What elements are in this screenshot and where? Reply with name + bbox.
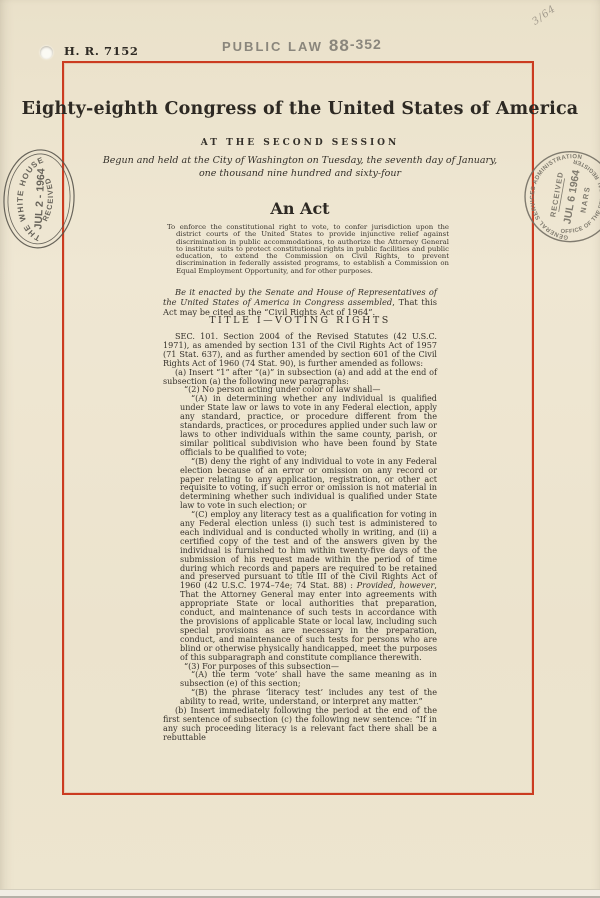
public-law-stamp: PUBLIC LAW88-352 xyxy=(222,36,412,56)
gsa-received-stamp: GENERAL SERVICES ADMINISTRATION OFFICE O… xyxy=(514,141,600,253)
public-law-number: 88 xyxy=(329,36,350,55)
begun-line-1: Begun and held at the City of Washington… xyxy=(0,154,600,167)
text-run: “(A) in determining whether any individu… xyxy=(180,393,437,456)
document-page: H. R. 7152 PUBLIC LAW88-352 3/64 Eighty-… xyxy=(0,0,600,898)
text-run: , That the Attorney General may enter in… xyxy=(180,580,437,661)
act-preamble: To enforce the constitutional right to v… xyxy=(167,224,449,275)
public-law-label: PUBLIC LAW xyxy=(222,39,323,54)
act-title: An Act xyxy=(0,199,600,218)
begun-lines: Begun and held at the City of Washington… xyxy=(0,154,600,180)
public-law-suffix: -352 xyxy=(350,36,382,52)
statute-paragraph: “(B) deny the right of any individual to… xyxy=(180,457,437,510)
punch-hole xyxy=(40,46,53,59)
pencil-annotation: 3/64 xyxy=(530,3,558,27)
congress-title: Eighty-eighth Congress of the United Sta… xyxy=(0,99,600,119)
text-run: “(C) employ any literacy test as a quali… xyxy=(180,509,437,590)
title-i-heading: TITLE I—VOTING RIGHTS xyxy=(163,315,437,326)
text-run: (b) Insert immediately following the per… xyxy=(163,705,437,742)
text-run: “(B) the phrase ‘literacy test’ includes… xyxy=(180,687,437,706)
text-run: “(A) the term ‘vote’ shall have the same… xyxy=(180,669,437,688)
statute-paragraph: “(B) the phrase ‘literacy test’ includes… xyxy=(180,688,437,706)
body-paragraphs: SEC. 101. Section 2004 of the Revised St… xyxy=(163,332,437,742)
gsa-stamp-date: JUL 6 1964 xyxy=(561,169,582,225)
gsa-stamp-org: NARS xyxy=(578,185,592,213)
statute-paragraph: “(C) employ any literacy test as a quali… xyxy=(180,510,437,661)
bill-number: H. R. 7152 xyxy=(64,44,138,58)
text-run: SEC. 101. Section 2004 of the Revised St… xyxy=(163,331,437,368)
statute-paragraph: (a) Insert “1” after “(a)” in subsection… xyxy=(163,368,437,386)
statute-paragraph: (b) Insert immediately following the per… xyxy=(163,706,437,742)
text-run: “(B) deny the right of any individual to… xyxy=(180,456,437,511)
text-run: (a) Insert “1” after “(a)” in subsection… xyxy=(163,367,437,386)
begun-line-2: one thousand nine hundred and sixty-four xyxy=(0,167,600,180)
enacting-clause: Be it enacted by the Senate and House of… xyxy=(163,287,437,317)
white-house-received-stamp: THE WHITE HOUSE RECEIVED JUL 2 - 1964 xyxy=(0,145,84,253)
statute-paragraph: “(A) the term ‘vote’ shall have the same… xyxy=(180,670,437,688)
scan-edge xyxy=(0,889,600,898)
statute-paragraph: SEC. 101. Section 2004 of the Revised St… xyxy=(163,332,437,368)
statute-paragraph: “(A) in determining whether any individu… xyxy=(180,394,437,456)
session-line: AT THE SECOND SESSION xyxy=(0,138,600,148)
